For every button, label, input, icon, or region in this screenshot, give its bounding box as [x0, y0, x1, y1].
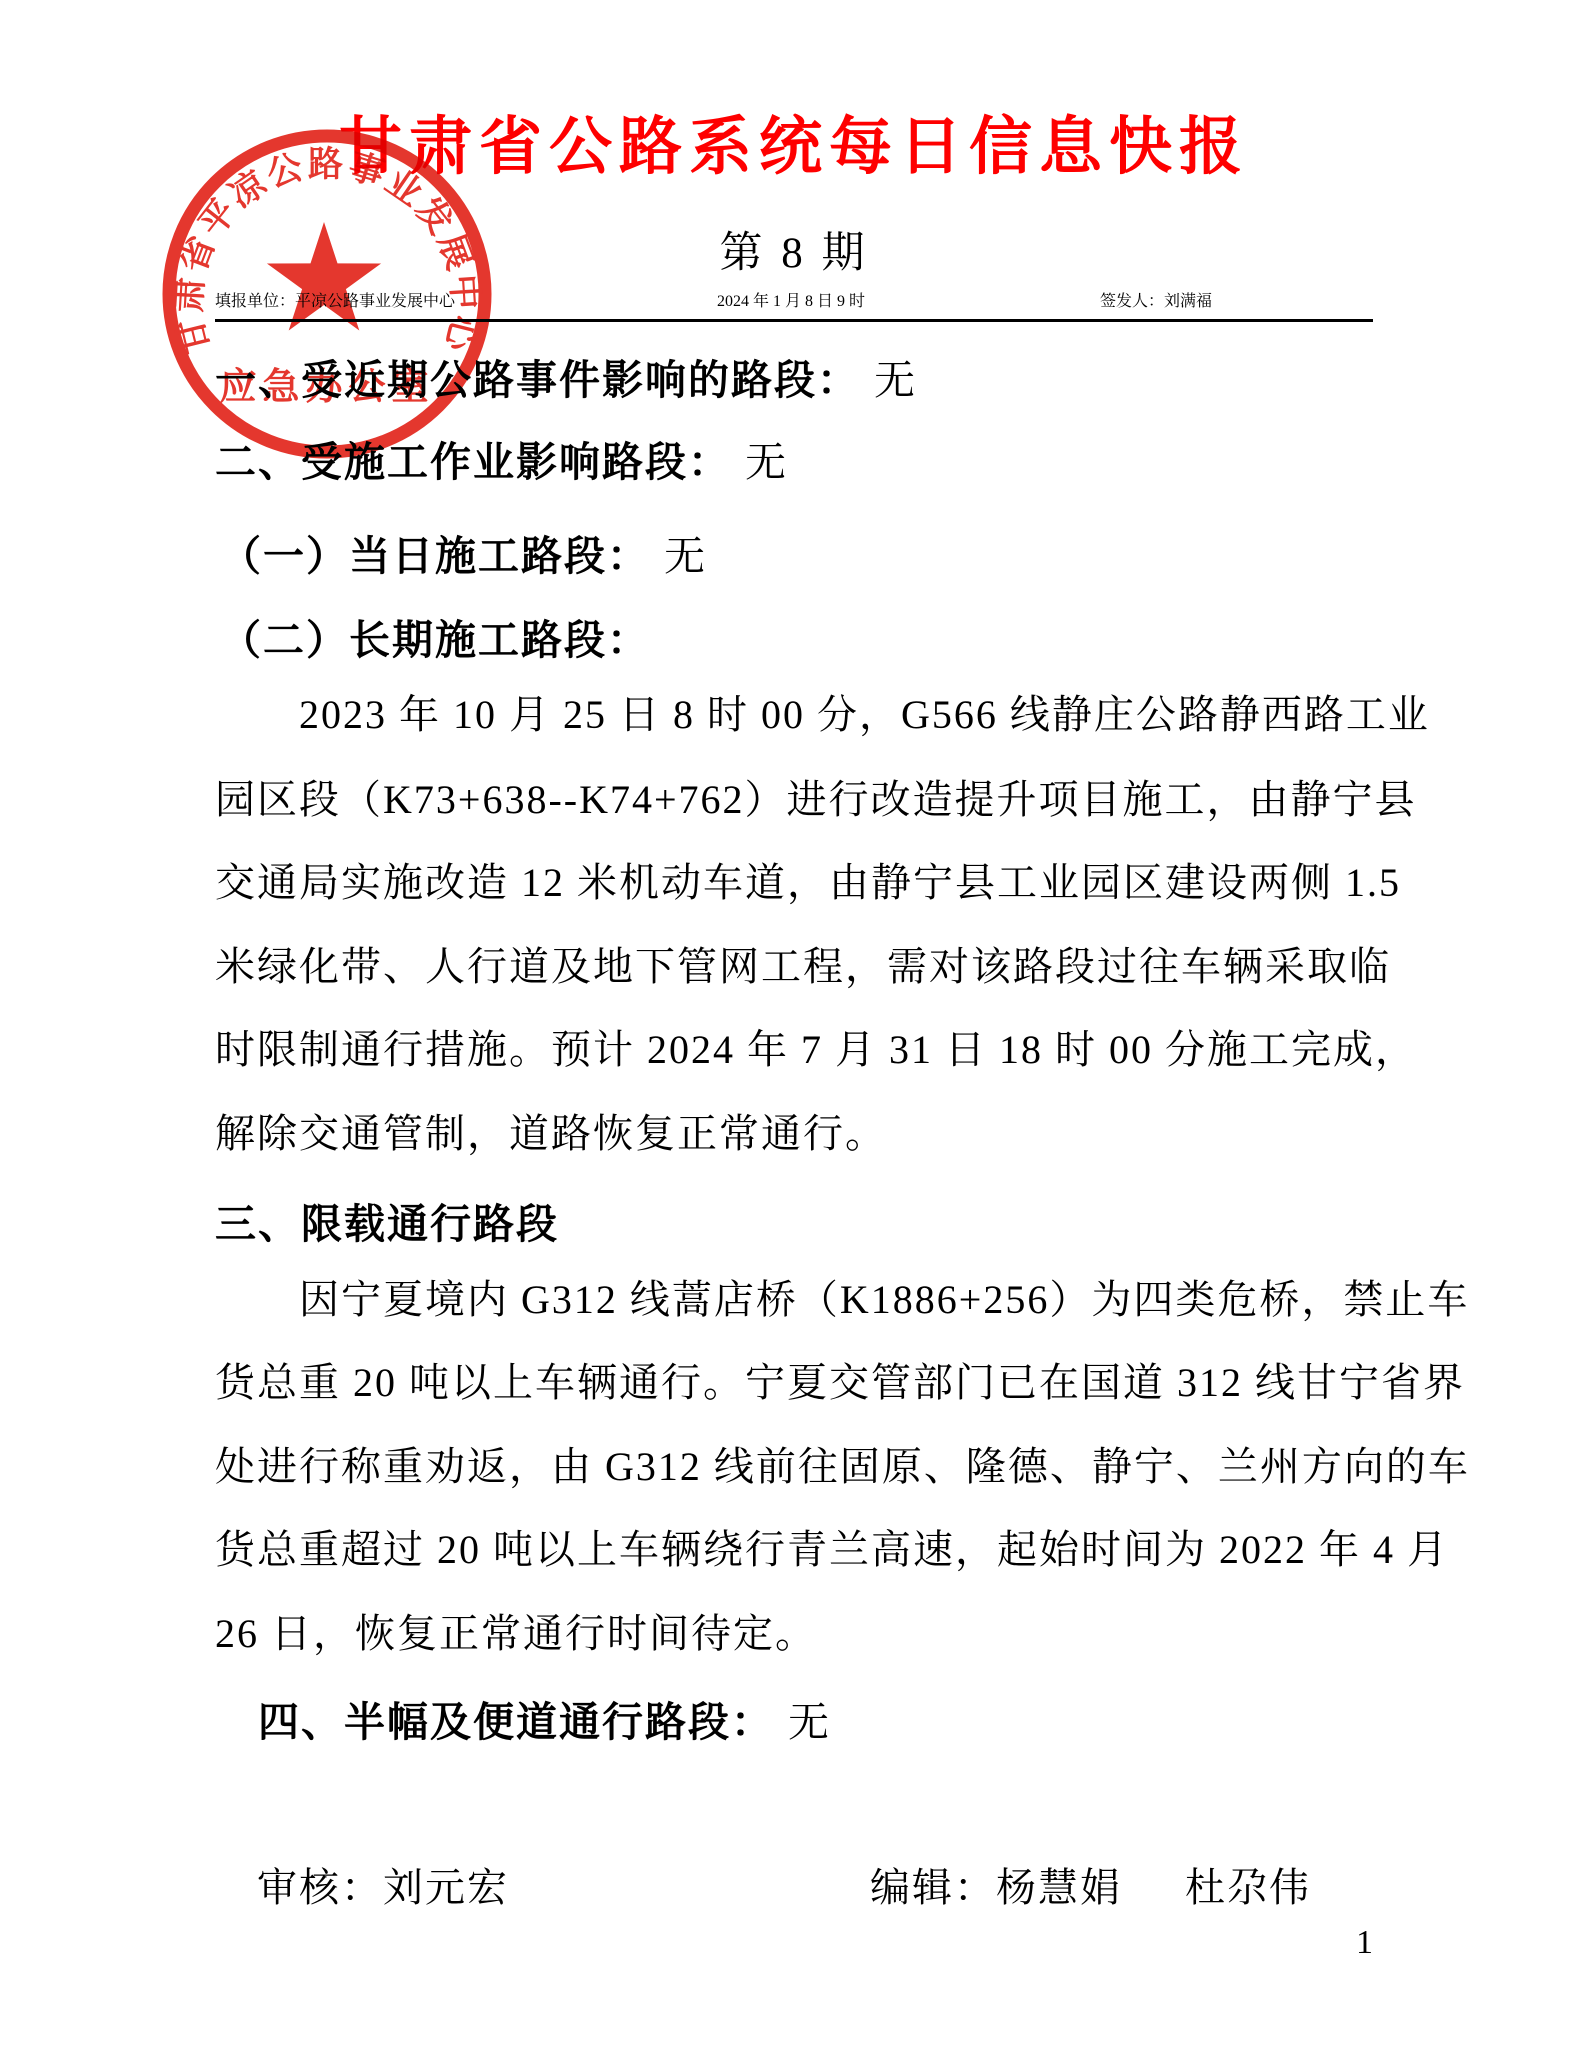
section-1-value: 无 — [874, 357, 915, 403]
section-2a: （一）当日施工路段：无 — [220, 523, 705, 582]
page-number: 1 — [1356, 1924, 1373, 1962]
paragraph-line: 解除交通管制，道路恢复正常通行。 — [215, 1112, 1373, 1156]
section-2a-value: 无 — [664, 533, 705, 579]
section-2b-heading: （二）长期施工路段： — [220, 617, 650, 663]
report-datetime: 2024 年 1 月 8 日 9 时 — [717, 288, 865, 311]
paragraph-line: 因宁夏境内 G312 线蒿店桥（K1886+256）为四类危桥，禁止车 — [215, 1278, 1373, 1322]
section-2: 二、受施工作业影响路段：无 — [215, 429, 786, 488]
section-1: 一、受近期公路事件影响的路段：无 — [215, 347, 915, 406]
section-2-value: 无 — [745, 439, 786, 485]
section-4: 四、半幅及便道通行路段：无 — [258, 1689, 829, 1748]
paragraph-line: 时限制通行措施。预计 2024 年 7 月 31 日 18 时 00 分施工完成… — [215, 1028, 1373, 1072]
paragraph-line: 货总重 20 吨以上车辆通行。宁夏交管部门已在国道 312 线甘宁省界 — [215, 1361, 1373, 1405]
paragraph-line: 货总重超过 20 吨以上车辆绕行青兰高速，起始时间为 2022 年 4 月 — [215, 1528, 1373, 1572]
section-2a-heading: （一）当日施工路段： — [220, 533, 650, 579]
section-2b: （二）长期施工路段： — [220, 607, 650, 666]
editor: 编辑：杨慧娟 — [870, 1856, 1122, 1913]
section-1-heading: 一、受近期公路事件影响的路段： — [215, 357, 860, 403]
issue-number: 第 8 期 — [215, 219, 1373, 280]
paragraph-line: 2023 年 10 月 25 日 8 时 00 分，G566 线静庄公路静西路工… — [215, 693, 1373, 737]
section-3: 三、限载通行路段 — [215, 1191, 559, 1250]
paragraph-line: 处进行称重劝返，由 G312 线前往固原、隆德、静宁、兰州方向的车 — [215, 1445, 1373, 1489]
paragraph-line: 交通局实施改造 12 米机动车道，由静宁县工业园区建设两侧 1.5 — [215, 861, 1373, 905]
paragraph-line: 米绿化带、人行道及地下管网工程，需对该路段过往车辆采取临 — [215, 945, 1373, 989]
issuer: 签发人：刘满福 — [1100, 288, 1212, 311]
bulletin-page: 甘肃省公路系统每日信息快报 第 8 期 填报单位：平凉公路事业发展中心 2024… — [0, 0, 1587, 2057]
section-4-value: 无 — [788, 1699, 829, 1745]
section-3-heading: 三、限载通行路段 — [215, 1201, 559, 1247]
section-4-heading: 四、半幅及便道通行路段： — [258, 1699, 774, 1745]
header-rule — [215, 319, 1373, 322]
reporting-unit: 填报单位：平凉公路事业发展中心 — [215, 288, 455, 311]
paragraph-line: 园区段（K73+638--K74+762）进行改造提升项目施工，由静宁县 — [215, 778, 1373, 822]
section-2-heading: 二、受施工作业影响路段： — [215, 439, 731, 485]
page-title: 甘肃省公路系统每日信息快报 — [215, 96, 1373, 187]
reviewer: 审核：刘元宏 — [257, 1856, 509, 1913]
editor-2: 杜尕伟 — [1185, 1856, 1311, 1913]
paragraph-line: 26 日，恢复正常通行时间待定。 — [215, 1612, 1373, 1656]
